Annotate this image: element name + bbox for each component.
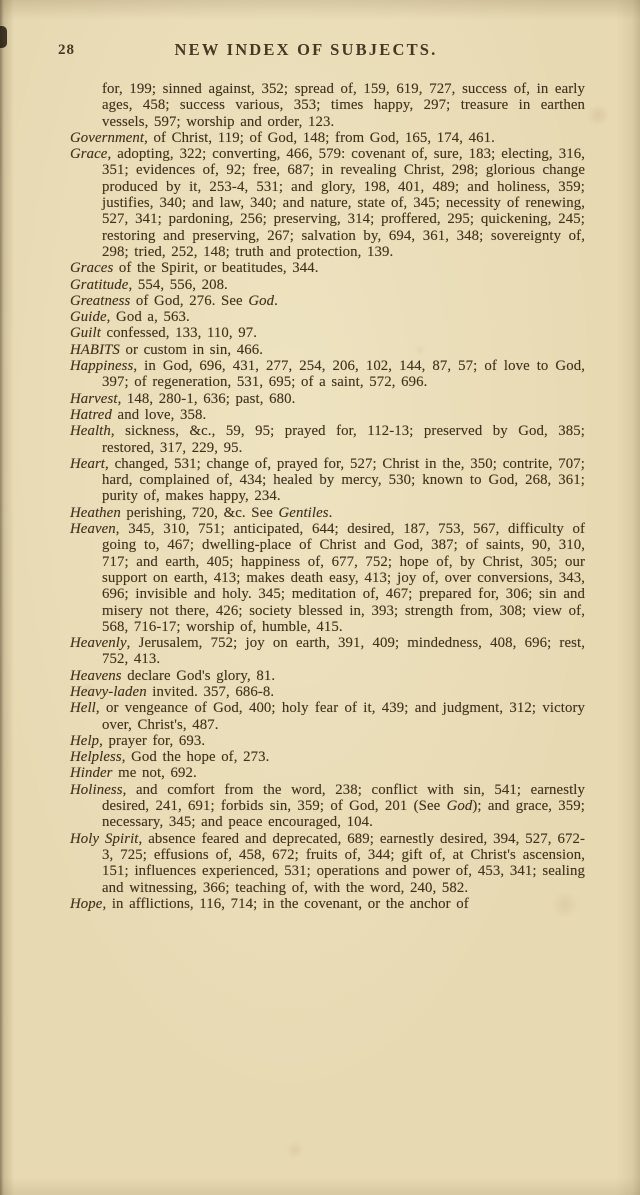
entry-text: , sickness, &c., 59, 95; prayed for, 112… xyxy=(102,423,585,455)
index-entry: Heathen perishing, 720, &c. See Gentiles… xyxy=(70,505,585,521)
entry-term: HABITS xyxy=(70,342,120,358)
entry-term: Government xyxy=(70,130,144,146)
entry-text: me not, 692. xyxy=(113,765,197,781)
entry-text: , God a, 563. xyxy=(107,309,190,325)
entry-text: , absence feared and deprecated, 689; ea… xyxy=(102,831,585,896)
entry-text: , of Christ, 119; of God, 148; from God,… xyxy=(144,130,495,146)
entry-text: , adopting, 322; converting, 466, 579: c… xyxy=(102,146,585,260)
index-entry: Guide, God a, 563. xyxy=(70,309,585,325)
index-entry: Happiness, in God, 696, 431, 277, 254, 2… xyxy=(70,358,585,391)
index-entry: Grace, adopting, 322; converting, 466, 5… xyxy=(70,146,585,260)
book-page: 28 NEW INDEX OF SUBJECTS. for, 199; sinn… xyxy=(0,0,640,1195)
entry-text: declare God's glory, 81. xyxy=(122,668,275,684)
entry-text: , 148, 280-1, 636; past, 680. xyxy=(118,391,296,407)
entry-term: Help xyxy=(70,733,99,749)
entry-text: , in afflictions, 116, 714; in the coven… xyxy=(102,896,468,912)
index-entry: Graces of the Spirit, or beatitudes, 344… xyxy=(70,260,585,276)
entry-term: Hinder xyxy=(70,765,113,781)
entry-text: of God, 276. See God. xyxy=(130,293,278,309)
entry-term: Holiness xyxy=(70,782,123,798)
entry-text: invited. 357, 686-8. xyxy=(147,684,274,700)
entry-text: , 345, 310, 751; anticipated, 644; desir… xyxy=(102,521,585,635)
entry-text: , in God, 696, 431, 277, 254, 206, 102, … xyxy=(102,358,585,390)
entry-text: confessed, 133, 110, 97. xyxy=(101,325,257,341)
entry-term: Hell xyxy=(70,700,96,716)
entry-text: , changed, 531; change of, prayed for, 5… xyxy=(102,456,585,505)
entry-term: Heavenly xyxy=(70,635,127,651)
index-entry: Heavenly, Jerusalem, 752; joy on earth, … xyxy=(70,635,585,668)
index-entry: Greatness of God, 276. See God. xyxy=(70,293,585,309)
index-entry: Government, of Christ, 119; of God, 148;… xyxy=(70,130,585,146)
entry-term: Health xyxy=(70,423,111,439)
index-entry: Helpless, God the hope of, 273. xyxy=(70,749,585,765)
entry-text: , prayer for, 693. xyxy=(99,733,205,749)
entry-term: Guide xyxy=(70,309,107,325)
entry-text: , Jerusalem, 752; joy on earth, 391, 409… xyxy=(102,635,585,667)
page-number: 28 xyxy=(58,42,75,59)
entry-text: , and comfort from the word, 238; confli… xyxy=(102,782,585,831)
index-entry: Health, sickness, &c., 59, 95; prayed fo… xyxy=(70,423,585,456)
index-entry: Heart, changed, 531; change of, prayed f… xyxy=(70,456,585,505)
entry-term: Greatness xyxy=(70,293,130,309)
entry-text: and love, 358. xyxy=(112,407,206,423)
index-entry: Help, prayer for, 693. xyxy=(70,733,585,749)
entry-text: , 554, 556, 208. xyxy=(128,277,227,293)
entry-term: Grace xyxy=(70,146,107,162)
entry-term: Hatred xyxy=(70,407,112,423)
index-entry: Hatred and love, 358. xyxy=(70,407,585,423)
entry-term: Guilt xyxy=(70,325,101,341)
index-entries: Government, of Christ, 119; of God, 148;… xyxy=(70,130,585,912)
entry-text: perishing, 720, &c. See Gentiles. xyxy=(121,505,333,521)
index-entry: Guilt confessed, 133, 110, 97. xyxy=(70,325,585,341)
index-entry: Hope, in afflictions, 116, 714; in the c… xyxy=(70,896,585,912)
entry-term: Holy Spirit xyxy=(70,831,139,847)
entry-term: Heathen xyxy=(70,505,121,521)
entry-text: or custom in sin, 466. xyxy=(120,342,263,358)
entry-term: Heavy-laden xyxy=(70,684,147,700)
index-entry: Hell, or vengeance of God, 400; holy fea… xyxy=(70,700,585,733)
entry-term: Hope xyxy=(70,896,102,912)
entry-term: Heaven xyxy=(70,521,116,537)
index-entry: Heavens declare God's glory, 81. xyxy=(70,668,585,684)
entry-text: , or vengeance of God, 400; holy fear of… xyxy=(96,700,585,732)
index-entry: Heavy-laden invited. 357, 686-8. xyxy=(70,684,585,700)
entry-text: , God the hope of, 273. xyxy=(122,749,270,765)
index-text-block: for, 199; sinned against, 352; spread of… xyxy=(70,81,585,912)
index-entry: HABITS or custom in sin, 466. xyxy=(70,342,585,358)
index-entry: Holy Spirit, absence feared and deprecat… xyxy=(70,831,585,896)
index-entry: Heaven, 345, 310, 751; anticipated, 644;… xyxy=(70,521,585,635)
entry-term: Happiness xyxy=(70,358,133,374)
entry-term: Gratitude xyxy=(70,277,128,293)
continuation-paragraph: for, 199; sinned against, 352; spread of… xyxy=(70,81,585,130)
entry-term: Harvest xyxy=(70,391,118,407)
running-head: NEW INDEX OF SUBJECTS. xyxy=(175,40,438,60)
entry-text: of the Spirit, or beatitudes, 344. xyxy=(113,260,318,276)
index-entry: Harvest, 148, 280-1, 636; past, 680. xyxy=(70,391,585,407)
entry-term: Graces xyxy=(70,260,113,276)
entry-term: Heavens xyxy=(70,668,122,684)
entry-term: Heart xyxy=(70,456,105,472)
entry-term: Helpless xyxy=(70,749,122,765)
index-entry: Gratitude, 554, 556, 208. xyxy=(70,277,585,293)
page-header: 28 NEW INDEX OF SUBJECTS. xyxy=(0,40,640,64)
index-entry: Holiness, and comfort from the word, 238… xyxy=(70,782,585,831)
index-entry: Hinder me not, 692. xyxy=(70,765,585,781)
